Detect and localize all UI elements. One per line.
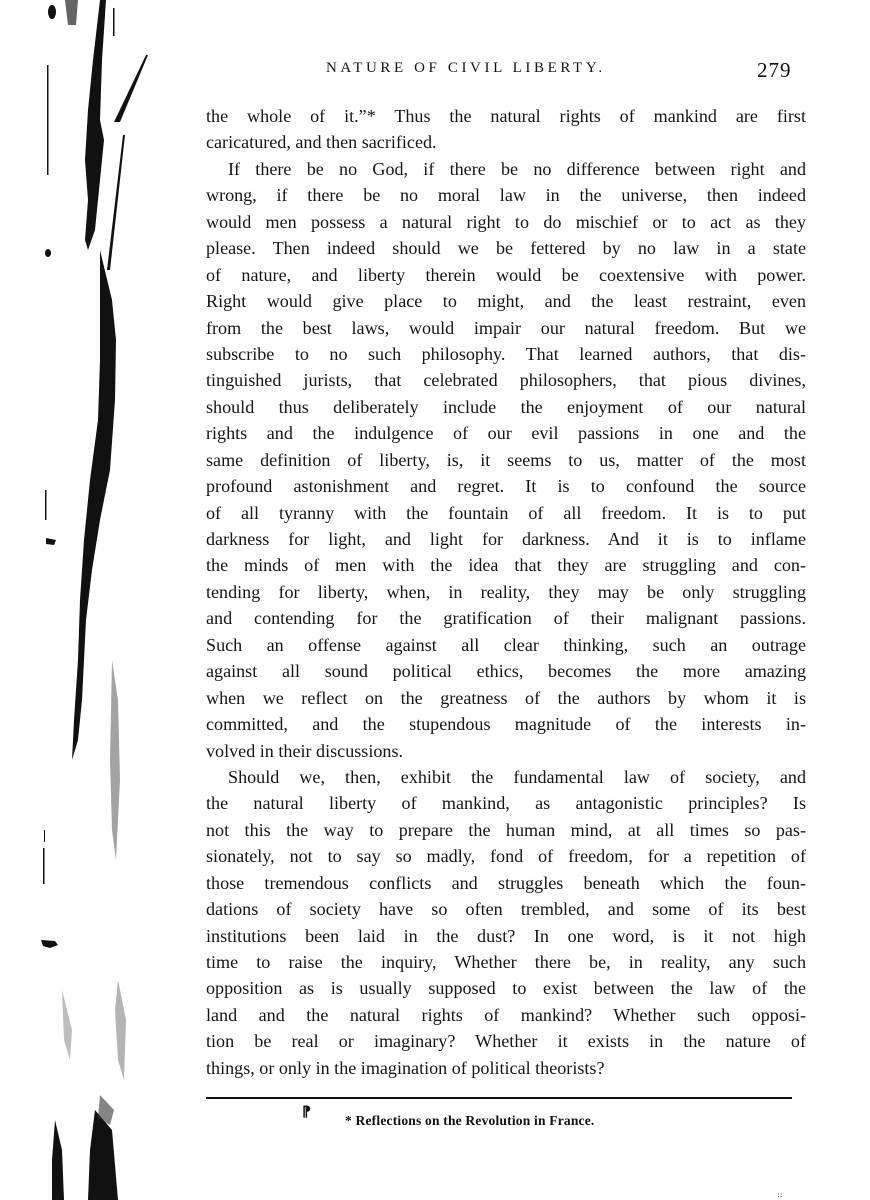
text-line: would men possess a natural right to do …: [206, 209, 806, 235]
text-line: when we reflect on the greatness of the …: [206, 685, 806, 711]
text-line: profound astonishment and regret. It is …: [206, 473, 806, 499]
text-line: the whole of it.”* Thus the natural righ…: [206, 103, 806, 129]
body-text: the whole of it.”* Thus the natural righ…: [206, 103, 806, 1081]
text-line: sionately, not to say so madly, fond of …: [206, 843, 806, 869]
text-line: time to raise the inquiry, Whether there…: [206, 949, 806, 975]
running-head: NATURE OF CIVIL LIBERTY.: [326, 60, 606, 77]
text-line: the minds of men with the idea that they…: [206, 552, 806, 578]
text-line: wrong, if there be no moral law in the u…: [206, 182, 806, 208]
binding-shadow: [0, 0, 170, 1200]
text-line: rights and the indulgence of our evil pa…: [206, 420, 806, 446]
ink-blot-mark: ⁋: [302, 1104, 311, 1121]
text-line: tion be real or imaginary? Whether it ex…: [206, 1028, 806, 1054]
text-line: caricatured, and then sacrificed.: [206, 129, 806, 155]
text-line: opposition as is usually supposed to exi…: [206, 975, 806, 1001]
text-line: of all tyranny with the fountain of all …: [206, 500, 806, 526]
text-line: and contending for the gratification of …: [206, 605, 806, 631]
text-line: same definition of liberty, is, it seems…: [206, 447, 806, 473]
text-line: things, or only in the imagination of po…: [206, 1055, 806, 1081]
scanned-page: NATURE OF CIVIL LIBERTY. 279 the whole o…: [0, 0, 870, 1200]
text-line: darkness for light, and light for darkne…: [206, 526, 806, 552]
text-line: Should we, then, exhibit the fundamental…: [206, 764, 806, 790]
text-line: those tremendous conflicts and struggles…: [206, 870, 806, 896]
text-line: tending for liberty, when, in reality, t…: [206, 579, 806, 605]
footnote: * Reflections on the Revolution in Franc…: [345, 1113, 595, 1129]
footnote-rule: [206, 1097, 792, 1099]
text-line: land and the natural rights of mankind? …: [206, 1002, 806, 1028]
text-line: not this the way to prepare the human mi…: [206, 817, 806, 843]
text-line: should thus deliberately include the enj…: [206, 394, 806, 420]
text-line: dations of society have so often tremble…: [206, 896, 806, 922]
text-line: please. Then indeed should we be fettere…: [206, 235, 806, 261]
text-line: subscribe to no such philosophy. That le…: [206, 341, 806, 367]
text-line: Such an offense against all clear thinki…: [206, 632, 806, 658]
text-line: of nature, and liberty therein would be …: [206, 262, 806, 288]
scan-speck: ::: [777, 1190, 782, 1199]
page-number: 279: [757, 58, 792, 83]
text-line: committed, and the stupendous magnitude …: [206, 711, 806, 737]
text-line: tinguished jurists, that celebrated phil…: [206, 367, 806, 393]
text-line: If there be no God, if there be no diffe…: [206, 156, 806, 182]
text-line: volved in their discussions.: [206, 738, 806, 764]
text-line: institutions been laid in the dust? In o…: [206, 923, 806, 949]
text-line: the natural liberty of mankind, as antag…: [206, 790, 806, 816]
text-line: from the best laws, would impair our nat…: [206, 315, 806, 341]
text-line: Right would give place to might, and the…: [206, 288, 806, 314]
text-line: against all sound political ethics, beco…: [206, 658, 806, 684]
